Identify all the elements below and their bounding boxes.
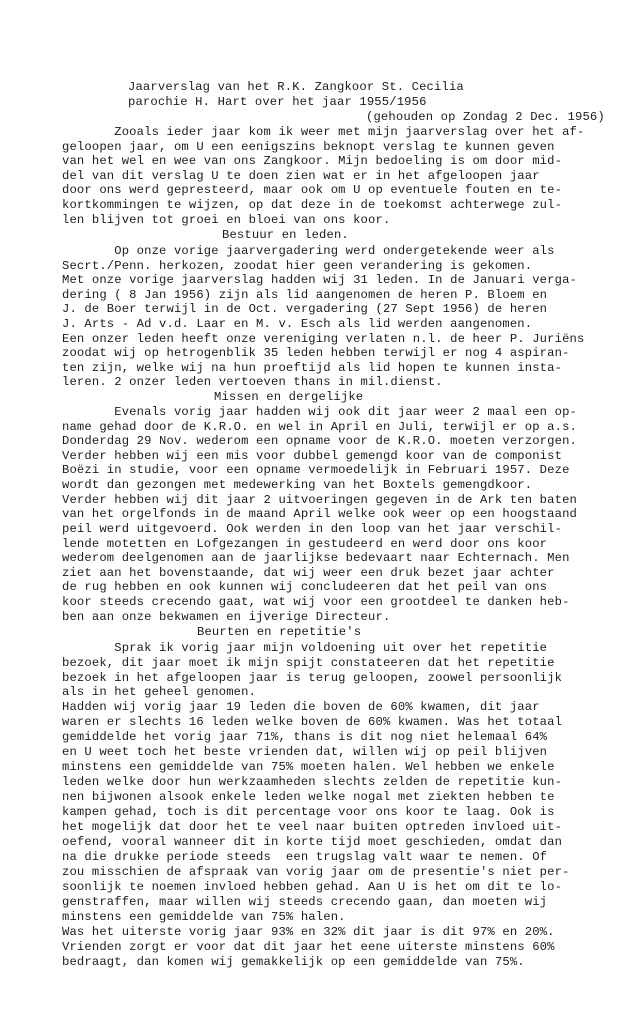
beurten-line: gemiddelde het vorig jaar 71%, thans is … <box>62 730 547 744</box>
missen-line: van het orgelfonds in de maand April wel… <box>62 507 577 521</box>
document-title-line-2: parochie H. Hart over het jaar 1955/1956 <box>128 95 427 109</box>
intro-line: van het wel en wee van ons Zangkoor. Mij… <box>62 154 562 168</box>
bestuur-line: leren. 2 onzer leden vertoeven thans in … <box>62 375 443 389</box>
beurten-line: bezoek in het afgeloopen jaar is terug g… <box>62 671 562 685</box>
document-meeting-date: (gehouden op Zondag 2 Dec. 1956) <box>366 110 605 124</box>
beurten-line: minstens een gemiddelde van 75% moeten h… <box>62 760 555 774</box>
bestuur-line: ten zijn, welke wij na hun proeftijd als… <box>62 361 562 375</box>
beurten-line: bezoek, dit jaar moet ik mijn spijt cons… <box>62 656 555 670</box>
missen-line: wordt dan gezongen met medewerking van h… <box>62 478 532 492</box>
intro-line: Zooals ieder jaar kom ik weer met mijn j… <box>62 125 584 139</box>
missen-line: peil werd uitgevoerd. Ook werden in den … <box>62 522 562 536</box>
section-heading-missen: Missen en dergelijke <box>214 390 363 404</box>
beurten-line: kampen gehad, toch is dit percentage voo… <box>62 805 555 819</box>
missen-line: wederom deelgenomen aan de jaarlijkse be… <box>62 551 570 565</box>
beurten-line: bedraagt, dan komen wij gemakkelijk op e… <box>62 955 525 969</box>
section-heading-bestuur: Bestuur en leden. <box>222 228 349 242</box>
beurten-line: Sprak ik vorig jaar mijn voldoening uit … <box>62 641 547 655</box>
missen-line: ben aan onze bekwamen en ijverige Direct… <box>62 610 390 624</box>
missen-line: name gehad door de K.R.O. en wel in Apri… <box>62 420 577 434</box>
missen-line: de rug hebben en ook kunnen wij conclude… <box>62 580 547 594</box>
missen-line: ziet aan het bovenstaande, dat wij weer … <box>62 566 555 580</box>
missen-line: lende motetten en Lofgezangen in gestude… <box>62 537 547 551</box>
beurten-line: Hadden wij vorig jaar 19 leden die boven… <box>62 700 540 714</box>
beurten-line: het mogelijk dat door het te veel naar b… <box>62 820 562 834</box>
beurten-line: leden welke door hun werkzaamheden slech… <box>62 775 562 789</box>
document-title-line-1: Jaarverslag van het R.K. Zangkoor St. Ce… <box>128 80 464 94</box>
beurten-line: Was het uiterste vorig jaar 93% en 32% d… <box>62 925 555 939</box>
beurten-line: waren er slechts 16 leden welke boven de… <box>62 715 562 729</box>
beurten-line: Vrienden zorgt er voor dat dit jaar het … <box>62 940 555 954</box>
beurten-line: soonlijk te noemen invloed hebben gehad.… <box>62 880 562 894</box>
bestuur-line: Secrt./Penn. herkozen, zoodat hier geen … <box>62 259 532 273</box>
section-heading-beurten: Beurten en repetitie's <box>197 625 361 639</box>
intro-line: len blijven tot groei en bloei van ons k… <box>62 213 390 227</box>
bestuur-line: Een onzer leden heeft onze vereniging ve… <box>62 332 584 346</box>
bestuur-line: J. de Boer terwijl in de Oct. vergaderin… <box>62 302 547 316</box>
bestuur-line: dering ( 8 Jan 1956) zijn als lid aangen… <box>62 288 547 302</box>
bestuur-line: Op onze vorige jaarvergadering werd onde… <box>62 244 555 258</box>
missen-line: Donderdag 29 Nov. wederom een opname voo… <box>62 434 577 448</box>
beurten-line: na die drukke periode steeds een trugsla… <box>62 850 547 864</box>
beurten-line: oefend, vooral wanneer dit in korte tijd… <box>62 835 562 849</box>
beurten-line: minstens een gemiddelde van 75% halen. <box>62 910 346 924</box>
beurten-line: en U weet toch het beste vrienden dat, w… <box>62 745 547 759</box>
missen-line: Evenals vorig jaar hadden wij ook dit ja… <box>62 405 577 419</box>
missen-line: Boëzi in studie, voor een opname vermoed… <box>62 463 570 477</box>
intro-line: kortkommingen te wijzen, op dat deze in … <box>62 198 562 212</box>
beurten-line: genstraffen, maar willen wij steeds crec… <box>62 895 547 909</box>
missen-line: Verder hebben wij dit jaar 2 uitvoeringe… <box>62 493 577 507</box>
intro-line: door ons werd gepresteerd, maar ook om U… <box>62 183 562 197</box>
beurten-line: als in het geheel genomen. <box>62 685 256 699</box>
missen-line: Verder hebben wij een mis voor dubbel ge… <box>62 449 562 463</box>
bestuur-line: Met onze vorige jaarverslag hadden wij 3… <box>62 273 577 287</box>
bestuur-line: zoodat wij op hetrogenblik 35 leden hebb… <box>62 346 570 360</box>
intro-line: geloopen jaar, om U een eenigszins bekno… <box>62 140 555 154</box>
typewritten-document-page: Jaarverslag van het R.K. Zangkoor St. Ce… <box>0 0 626 1010</box>
missen-line: koor steeds crecendo gaat, wat wij voor … <box>62 595 570 609</box>
beurten-line: zou misschien de afspraak van vorig jaar… <box>62 865 570 879</box>
intro-line: del van dit verslag U te doen zien wat e… <box>62 169 540 183</box>
beurten-line: nen bijwonen alsook enkele leden welke n… <box>62 790 555 804</box>
bestuur-line: J. Arts - Ad v.d. Laar en M. v. Esch als… <box>62 317 532 331</box>
